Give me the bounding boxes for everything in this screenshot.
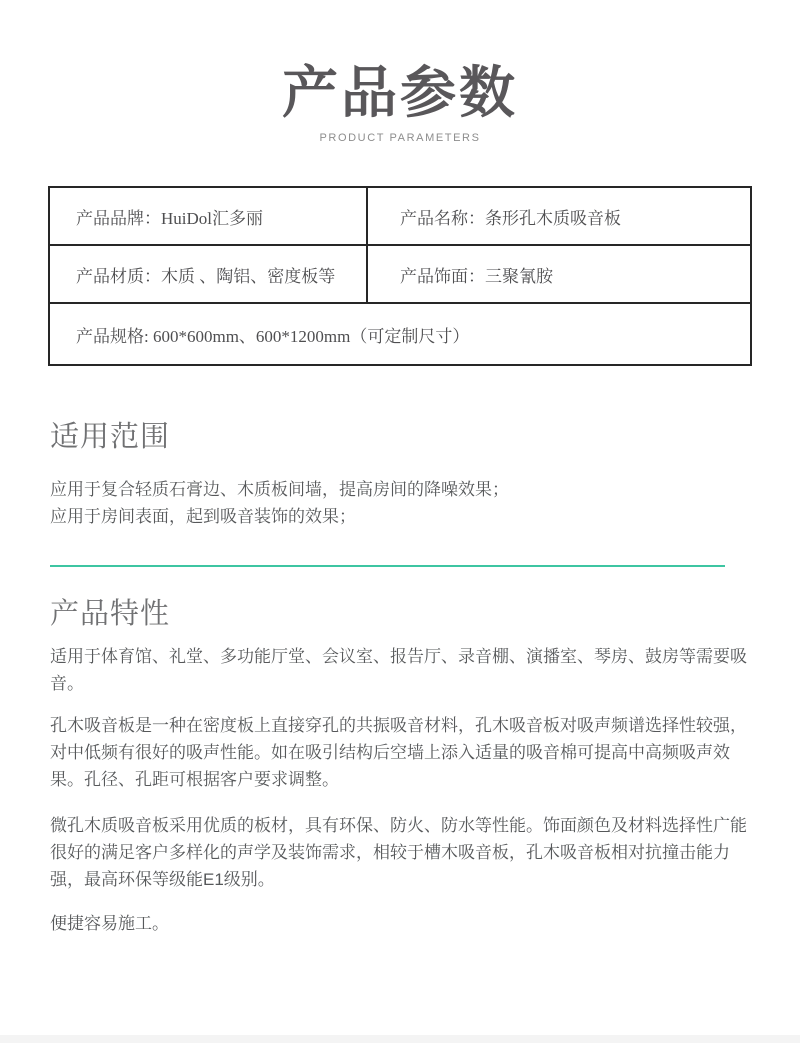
page-header: 产品参数 PRODUCT PARAMETERS <box>0 0 800 144</box>
brand-label: 产品品牌： <box>76 204 161 229</box>
cell-brand: 产品品牌：HuiDol汇多丽 <box>50 188 368 244</box>
material-label: 产品材质： <box>76 262 161 287</box>
page-title: 产品参数 <box>0 62 800 124</box>
section-application-scope: 适用范围 应用于复合轻质石膏边、木质板间墙，提高房间的降噪效果； 应用于房间表面… <box>50 418 750 530</box>
table-row: 产品材质：木质 、陶铝、密度板等 产品饰面：三聚氰胺 <box>50 246 750 304</box>
finish-label: 产品饰面： <box>400 262 485 287</box>
scope-heading: 适用范围 <box>50 418 750 456</box>
product-parameters-page: 产品参数 PRODUCT PARAMETERS 产品品牌：HuiDol汇多丽 产… <box>0 0 800 1043</box>
table-row: 产品品牌：HuiDol汇多丽 产品名称：条形孔木质吸音板 <box>50 188 750 246</box>
scope-line: 应用于复合轻质石膏边、木质板间墙，提高房间的降噪效果； <box>50 476 750 503</box>
brand-value: HuiDol汇多丽 <box>161 204 263 229</box>
features-paragraph: 便捷容易施工。 <box>50 910 756 937</box>
features-text: 适用于体育馆、礼堂、多功能厅堂、会议室、报告厅、录音棚、演播室、琴房、鼓房等需要… <box>50 643 756 937</box>
product-name-value: 条形孔木质吸音板 <box>485 204 621 229</box>
scope-line: 应用于房间表面，起到吸音装饰的效果； <box>50 503 750 530</box>
cell-product-name: 产品名称：条形孔木质吸音板 <box>368 188 750 244</box>
specification-label: 产品规格: <box>76 322 153 347</box>
finish-value: 三聚氰胺 <box>485 262 553 287</box>
table-row: 产品规格: 600*600mm、600*1200mm（可定制尺寸） <box>50 304 750 364</box>
spec-table: 产品品牌：HuiDol汇多丽 产品名称：条形孔木质吸音板 产品材质：木质 、陶铝… <box>48 186 752 366</box>
section-divider <box>50 565 725 567</box>
cell-material: 产品材质：木质 、陶铝、密度板等 <box>50 246 368 302</box>
section-product-features: 产品特性 适用于体育馆、礼堂、多功能厅堂、会议室、报告厅、录音棚、演播室、琴房、… <box>50 595 756 937</box>
page-subtitle: PRODUCT PARAMETERS <box>0 132 800 144</box>
cell-specification: 产品规格: 600*600mm、600*1200mm（可定制尺寸） <box>50 304 750 364</box>
features-paragraph: 孔木吸音板是一种在密度板上直接穿孔的共振吸音材料，孔木吸音板对吸声频谱选择性较强… <box>50 712 756 793</box>
next-section-edge <box>0 1035 800 1043</box>
cell-finish: 产品饰面：三聚氰胺 <box>368 246 750 302</box>
specification-value: 600*600mm、600*1200mm（可定制尺寸） <box>153 322 469 347</box>
features-paragraph: 微孔木质吸音板采用优质的板材，具有环保、防火、防水等性能。饰面颜色及材料选择性广… <box>50 812 756 893</box>
scope-text: 应用于复合轻质石膏边、木质板间墙，提高房间的降噪效果； 应用于房间表面，起到吸音… <box>50 476 750 530</box>
product-name-label: 产品名称： <box>400 204 485 229</box>
features-paragraph: 适用于体育馆、礼堂、多功能厅堂、会议室、报告厅、录音棚、演播室、琴房、鼓房等需要… <box>50 643 756 697</box>
features-heading: 产品特性 <box>50 595 756 633</box>
material-value: 木质 、陶铝、密度板等 <box>161 262 335 287</box>
